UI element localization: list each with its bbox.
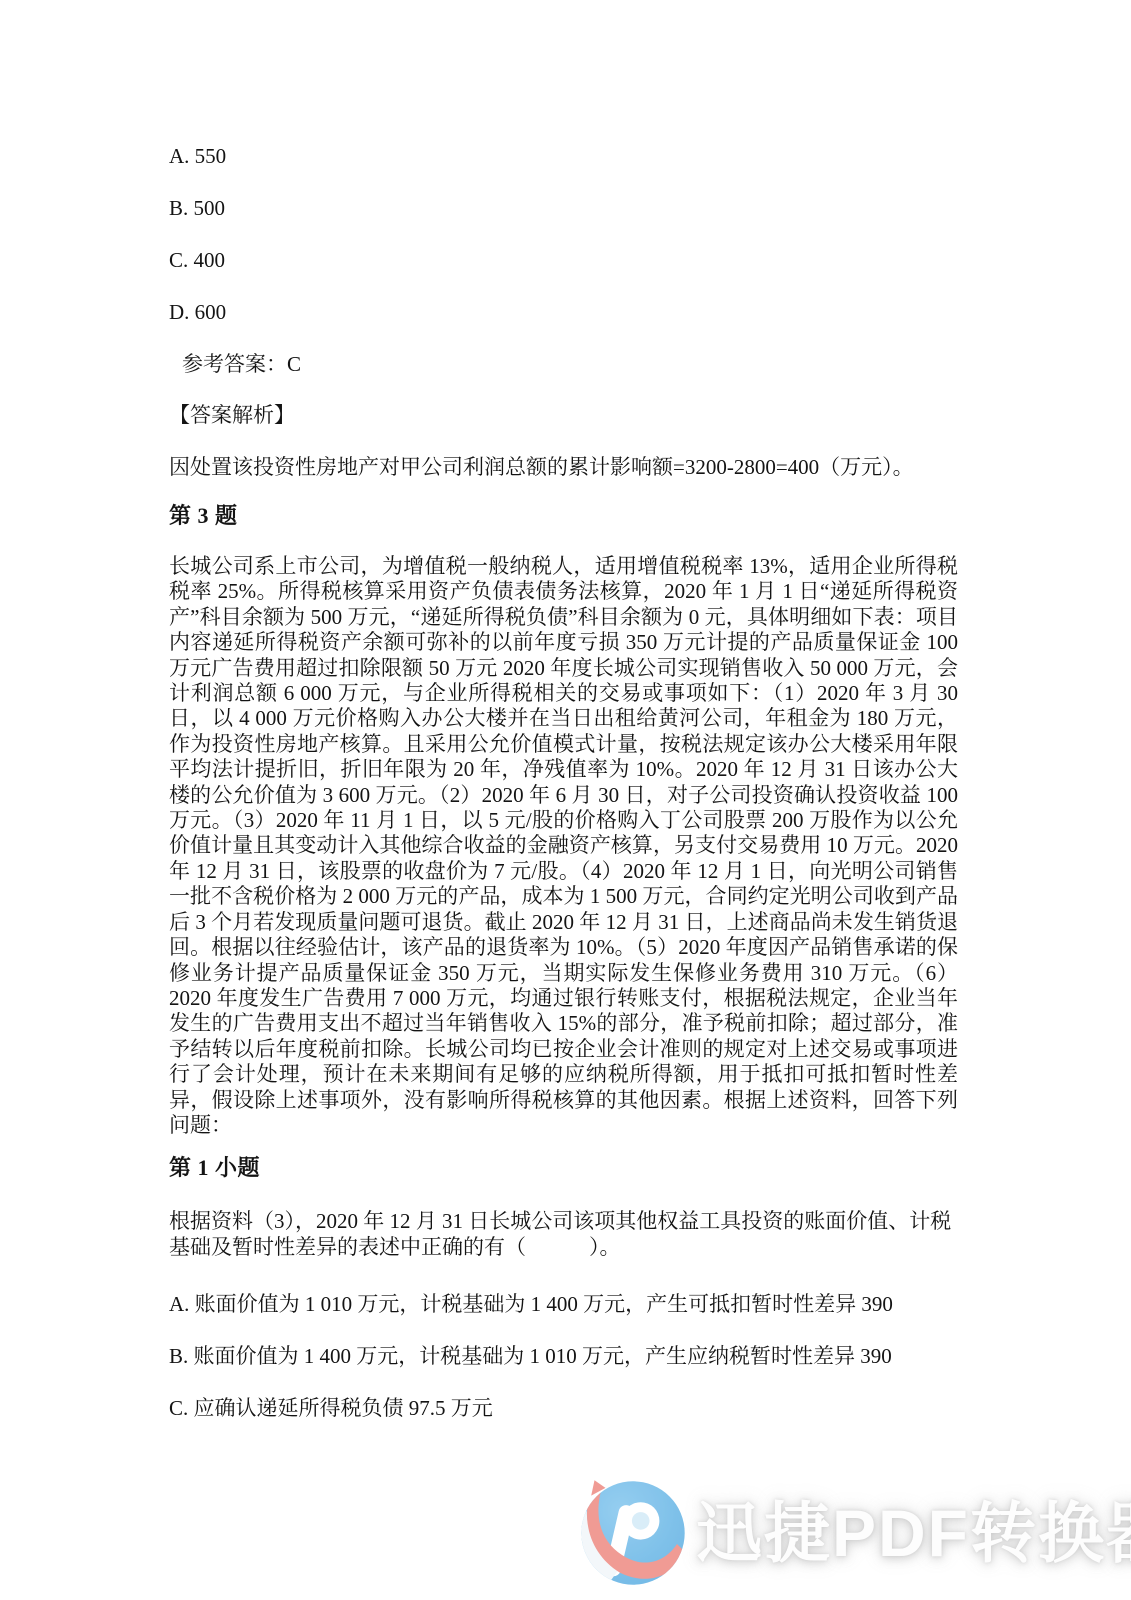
sub-question-1-prompt: 根据资料（3），2020 年 12 月 31 日长城公司该项其他权益工具投资的账…	[169, 1209, 958, 1260]
prev-option-a: A. 550	[169, 143, 958, 169]
prev-option-d: D. 600	[169, 299, 958, 325]
question-3-stem: 长城公司系上市公司，为增值税一般纳税人，适用增值税税率 13%，适用企业所得税税…	[169, 554, 958, 1138]
sub1-option-b: B. 账面价值为 1 400 万元，计税基础为 1 010 万元，产生应纳税暂时…	[169, 1343, 958, 1369]
prev-option-c: C. 400	[169, 247, 958, 273]
reference-answer: 参考答案：C	[169, 351, 971, 377]
watermark-text: 迅捷PDF转换器	[696, 1478, 1131, 1588]
document-page: A. 550 B. 500 C. 400 D. 600 参考答案：C 【答案解析…	[0, 0, 1131, 1600]
analysis-heading: 【答案解析】	[169, 402, 958, 428]
sub1-option-a: A. 账面价值为 1 010 万元，计税基础为 1 400 万元，产生可抵扣暂时…	[169, 1291, 958, 1317]
pdf-converter-logo-icon	[578, 1478, 688, 1588]
analysis-text: 因处置该投资性房地产对甲公司利润总额的累计影响额=3200-2800=400（万…	[169, 454, 958, 480]
sub-question-1-heading: 第 1 小题	[169, 1155, 958, 1181]
prev-option-b: B. 500	[169, 195, 958, 221]
sub1-option-c: C. 应确认递延所得税负债 97.5 万元	[169, 1395, 958, 1421]
question-3-heading: 第 3 题	[169, 503, 958, 529]
watermark: 迅捷PDF转换器	[578, 1478, 1131, 1588]
